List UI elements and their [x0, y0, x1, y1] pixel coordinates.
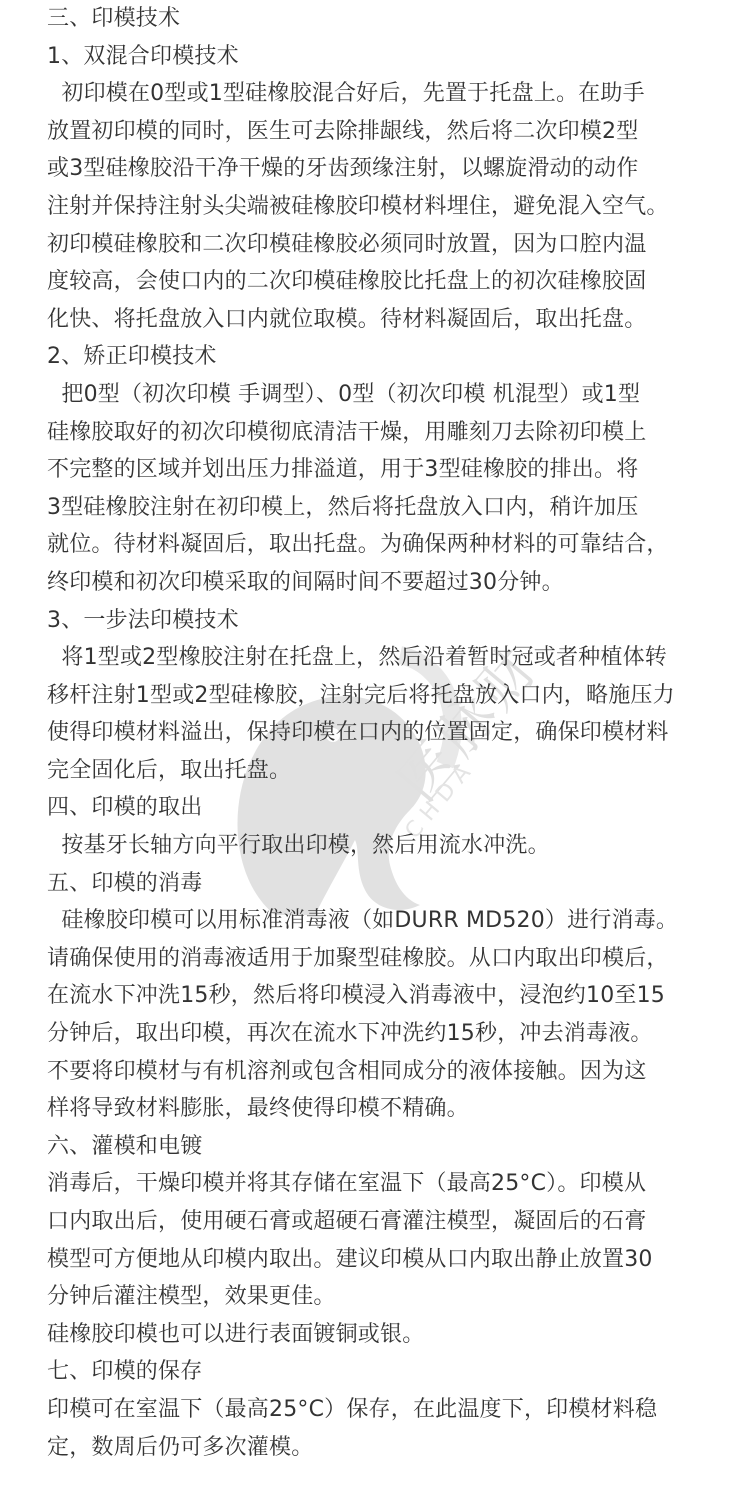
- section-heading: 三、印模技术: [47, 0, 737, 38]
- paragraph-line: 印模可在室温下（最高25°C）保存，在此温度下，印模材料稳: [47, 1391, 737, 1429]
- paragraph-line: 注射并保持注射头尖端被硅橡胶印模材料埋住，避免混入空气。: [47, 188, 737, 226]
- paragraph-line: 放置初印模的同时，医生可去除排龈线，然后将二次印模2型: [47, 113, 737, 151]
- paragraph-line: 就位。待材料凝固后，取出托盘。为确保两种材料的可靠结合，: [47, 526, 737, 564]
- paragraph-line: 按基牙长轴方向平行取出印模，然后用流水冲洗。: [47, 827, 737, 865]
- paragraph-line: 硅橡胶印模可以用标准消毒液（如DURR MD520）进行消毒。: [47, 902, 737, 940]
- paragraph-line: 初印模在0型或1型硅橡胶混合好后，先置于托盘上。在助手: [47, 75, 737, 113]
- paragraph-line: 定，数周后仍可多次灌模。: [47, 1429, 737, 1467]
- subsection-heading: 1、双混合印模技术: [47, 38, 737, 76]
- document-body: 三、印模技术 1、双混合印模技术 初印模在0型或1型硅橡胶混合好后，先置于托盘上…: [47, 0, 737, 1466]
- paragraph-line: 将1型或2型橡胶注射在托盘上，然后沿着暂时冠或者种植体转: [47, 639, 737, 677]
- paragraph-line: 请确保使用的消毒液适用于加聚型硅橡胶。从口内取出印模后，: [47, 940, 737, 978]
- paragraph-line: 移杆注射1型或2型硅橡胶，注射完后将托盘放入口内，略施压力: [47, 677, 737, 715]
- paragraph-line: 硅橡胶印模也可以进行表面镀铜或银。: [47, 1316, 737, 1354]
- paragraph-line: 终印模和初次印模采取的间隔时间不要超过30分钟。: [47, 564, 737, 602]
- paragraph-line: 硅橡胶取好的初次印模彻底清洁干燥，用雕刻刀去除初印模上: [47, 414, 737, 452]
- paragraph-line: 不要将印模材与有机溶剂或包含相同成分的液体接触。因为这: [47, 1053, 737, 1091]
- section-heading: 四、印模的取出: [47, 789, 737, 827]
- paragraph-line: 样将导致材料膨胀，最终使得印模不精确。: [47, 1090, 737, 1128]
- paragraph-line: 使得印模材料溢出，保持印模在口内的位置固定，确保印模材料: [47, 714, 737, 752]
- subsection-heading: 3、一步法印模技术: [47, 602, 737, 640]
- paragraph-line: 度较高，会使口内的二次印模硅橡胶比托盘上的初次硅橡胶固: [47, 263, 737, 301]
- paragraph-line: 化快、将托盘放入口内就位取模。待材料凝固后，取出托盘。: [47, 301, 737, 339]
- paragraph-line: 在流水下冲洗15秒，然后将印模浸入消毒液中，浸泡约10至15: [47, 977, 737, 1015]
- paragraph-line: 完全固化后，取出托盘。: [47, 752, 737, 790]
- paragraph-line: 把0型（初次印模 手调型）、0型（初次印模 机混型）或1型: [47, 376, 737, 414]
- paragraph-line: 分钟后灌注模型，效果更佳。: [47, 1278, 737, 1316]
- paragraph-line: 分钟后，取出印模，再次在流水下冲洗约15秒，冲去消毒液。: [47, 1015, 737, 1053]
- paragraph-line: 初印模硅橡胶和二次印模硅橡胶必须同时放置，因为口腔内温: [47, 226, 737, 264]
- paragraph-line: 不完整的区域并划出压力排溢道，用于3型硅橡胶的排出。将: [47, 451, 737, 489]
- subsection-heading: 2、矫正印模技术: [47, 338, 737, 376]
- section-heading: 七、印模的保存: [47, 1353, 737, 1391]
- paragraph-line: 3型硅橡胶注射在初印模上，然后将托盘放入口内，稍许加压: [47, 489, 737, 527]
- paragraph-line: 或3型硅橡胶沿干净干燥的牙齿颈缘注射，以螺旋滑动的动作: [47, 150, 737, 188]
- paragraph-line: 消毒后，干燥印模并将其存储在室温下（最高25°C）。印模从: [47, 1165, 737, 1203]
- section-heading: 六、灌模和电镀: [47, 1128, 737, 1166]
- section-heading: 五、印模的消毒: [47, 865, 737, 903]
- paragraph-line: 口内取出后，使用硬石膏或超硬石膏灌注模型，凝固后的石膏: [47, 1203, 737, 1241]
- paragraph-line: 模型可方便地从印模内取出。建议印模从口内取出静止放置30: [47, 1241, 737, 1279]
